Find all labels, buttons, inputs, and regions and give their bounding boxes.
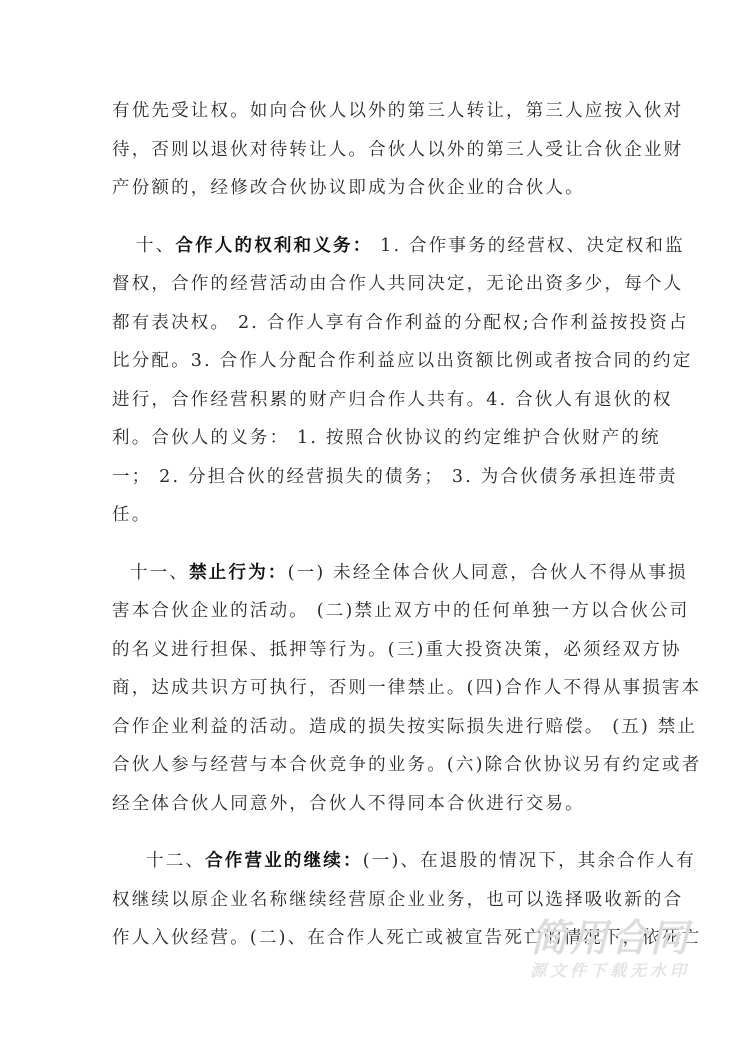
text-line: 进行，合作经营积累的财产归合作人共有。4. 合伙人有退伙的权: [112, 381, 632, 420]
text-line: 利。合伙人的义务： 1. 按照合伙协议的约定维护合伙财产的统: [112, 419, 632, 458]
text-line: 比分配。3. 合作人分配合作利益应以出资额比例或者按合同的约定: [112, 342, 632, 381]
section-text: (一)、在退股的情况下，其余合作人有: [363, 851, 696, 871]
text-line: 害本合伙企业的活动。 (二)禁止双方中的任何单独一方以合伙公司: [112, 592, 632, 631]
text-line: 商，达成共识方可执行，否则一律禁止。(四)合作人不得从事损害本: [112, 669, 632, 708]
watermark-logo-text: 简用合同: [510, 918, 710, 958]
section-heading: 合作营业的继续：: [205, 851, 363, 871]
text-line: 任。: [112, 496, 632, 535]
text-line: 的名义进行担保、抵押等行为。(三)重大投资决策，必须经双方协: [112, 631, 632, 670]
text-line: 十二、合作营业的继续：(一)、在退股的情况下，其余合作人有: [112, 842, 632, 881]
text-line: 产份额的，经修改合伙协议即成为合伙企业的合伙人。: [112, 169, 632, 208]
section-number: 十、: [136, 236, 175, 256]
document-body: 有优先受让权。如向合伙人以外的第三人转让，第三人应按入伙对 待，否则以退伙对待转…: [112, 92, 632, 977]
section-heading: 合作人的权利和义务：: [175, 236, 372, 256]
paragraph-rights-obligations: 十、合作人的权利和义务： 1. 合作事务的经营权、决定权和监 督权，合作的经营活…: [112, 227, 632, 535]
watermark: 简用合同 源文件下载无水印: [510, 918, 710, 984]
paragraph-prohibited-acts: 十一、禁止行为：(一) 未经全体合伙人同意，合伙人不得从事损 害本合伙企业的活动…: [112, 554, 632, 824]
section-number: 十一、: [130, 563, 189, 583]
text-line: 经全体合伙人同意外，合伙人不得同本合伙进行交易。: [112, 785, 632, 824]
text-line: 十一、禁止行为：(一) 未经全体合伙人同意，合伙人不得从事损: [112, 554, 632, 593]
text-line: 十、合作人的权利和义务： 1. 合作事务的经营权、决定权和监: [112, 227, 632, 266]
section-text: (一) 未经全体合伙人同意，合伙人不得从事损: [288, 563, 688, 583]
text-line: 权继续以原企业名称继续经营原企业业务，也可以选择吸收新的合: [112, 881, 632, 920]
text-line: 合伙人参与经营与本合伙竞争的业务。(六)除合伙协议另有约定或者: [112, 746, 632, 785]
text-line: 都有表决权。 2. 合作人享有合作利益的分配权;合作利益按投资占: [112, 304, 632, 343]
section-heading: 禁止行为：: [189, 563, 288, 583]
section-number: 十二、: [146, 851, 205, 871]
text-line: 有优先受让权。如向合伙人以外的第三人转让，第三人应按入伙对: [112, 92, 632, 131]
text-line: 督权，合作的经营活动由合作人共同决定，无论出资多少，每个人: [112, 265, 632, 304]
text-line: 待，否则以退伙对待转让人。合伙人以外的第三人受让合伙企业财: [112, 131, 632, 170]
document-page: 有优先受让权。如向合伙人以外的第三人转让，第三人应按入伙对 待，否则以退伙对待转…: [0, 0, 742, 1049]
paragraph-transfer: 有优先受让权。如向合伙人以外的第三人转让，第三人应按入伙对 待，否则以退伙对待转…: [112, 92, 632, 208]
section-text: 1. 合作事务的经营权、决定权和监: [372, 236, 684, 256]
text-line: 合作企业利益的活动。造成的损失按实际损失进行赔偿。 (五) 禁止: [112, 708, 632, 747]
text-line: 一； 2. 分担合伙的经营损失的债务； 3. 为合伙债务承担连带责: [112, 458, 632, 497]
watermark-subtext: 源文件下载无水印: [510, 958, 710, 984]
